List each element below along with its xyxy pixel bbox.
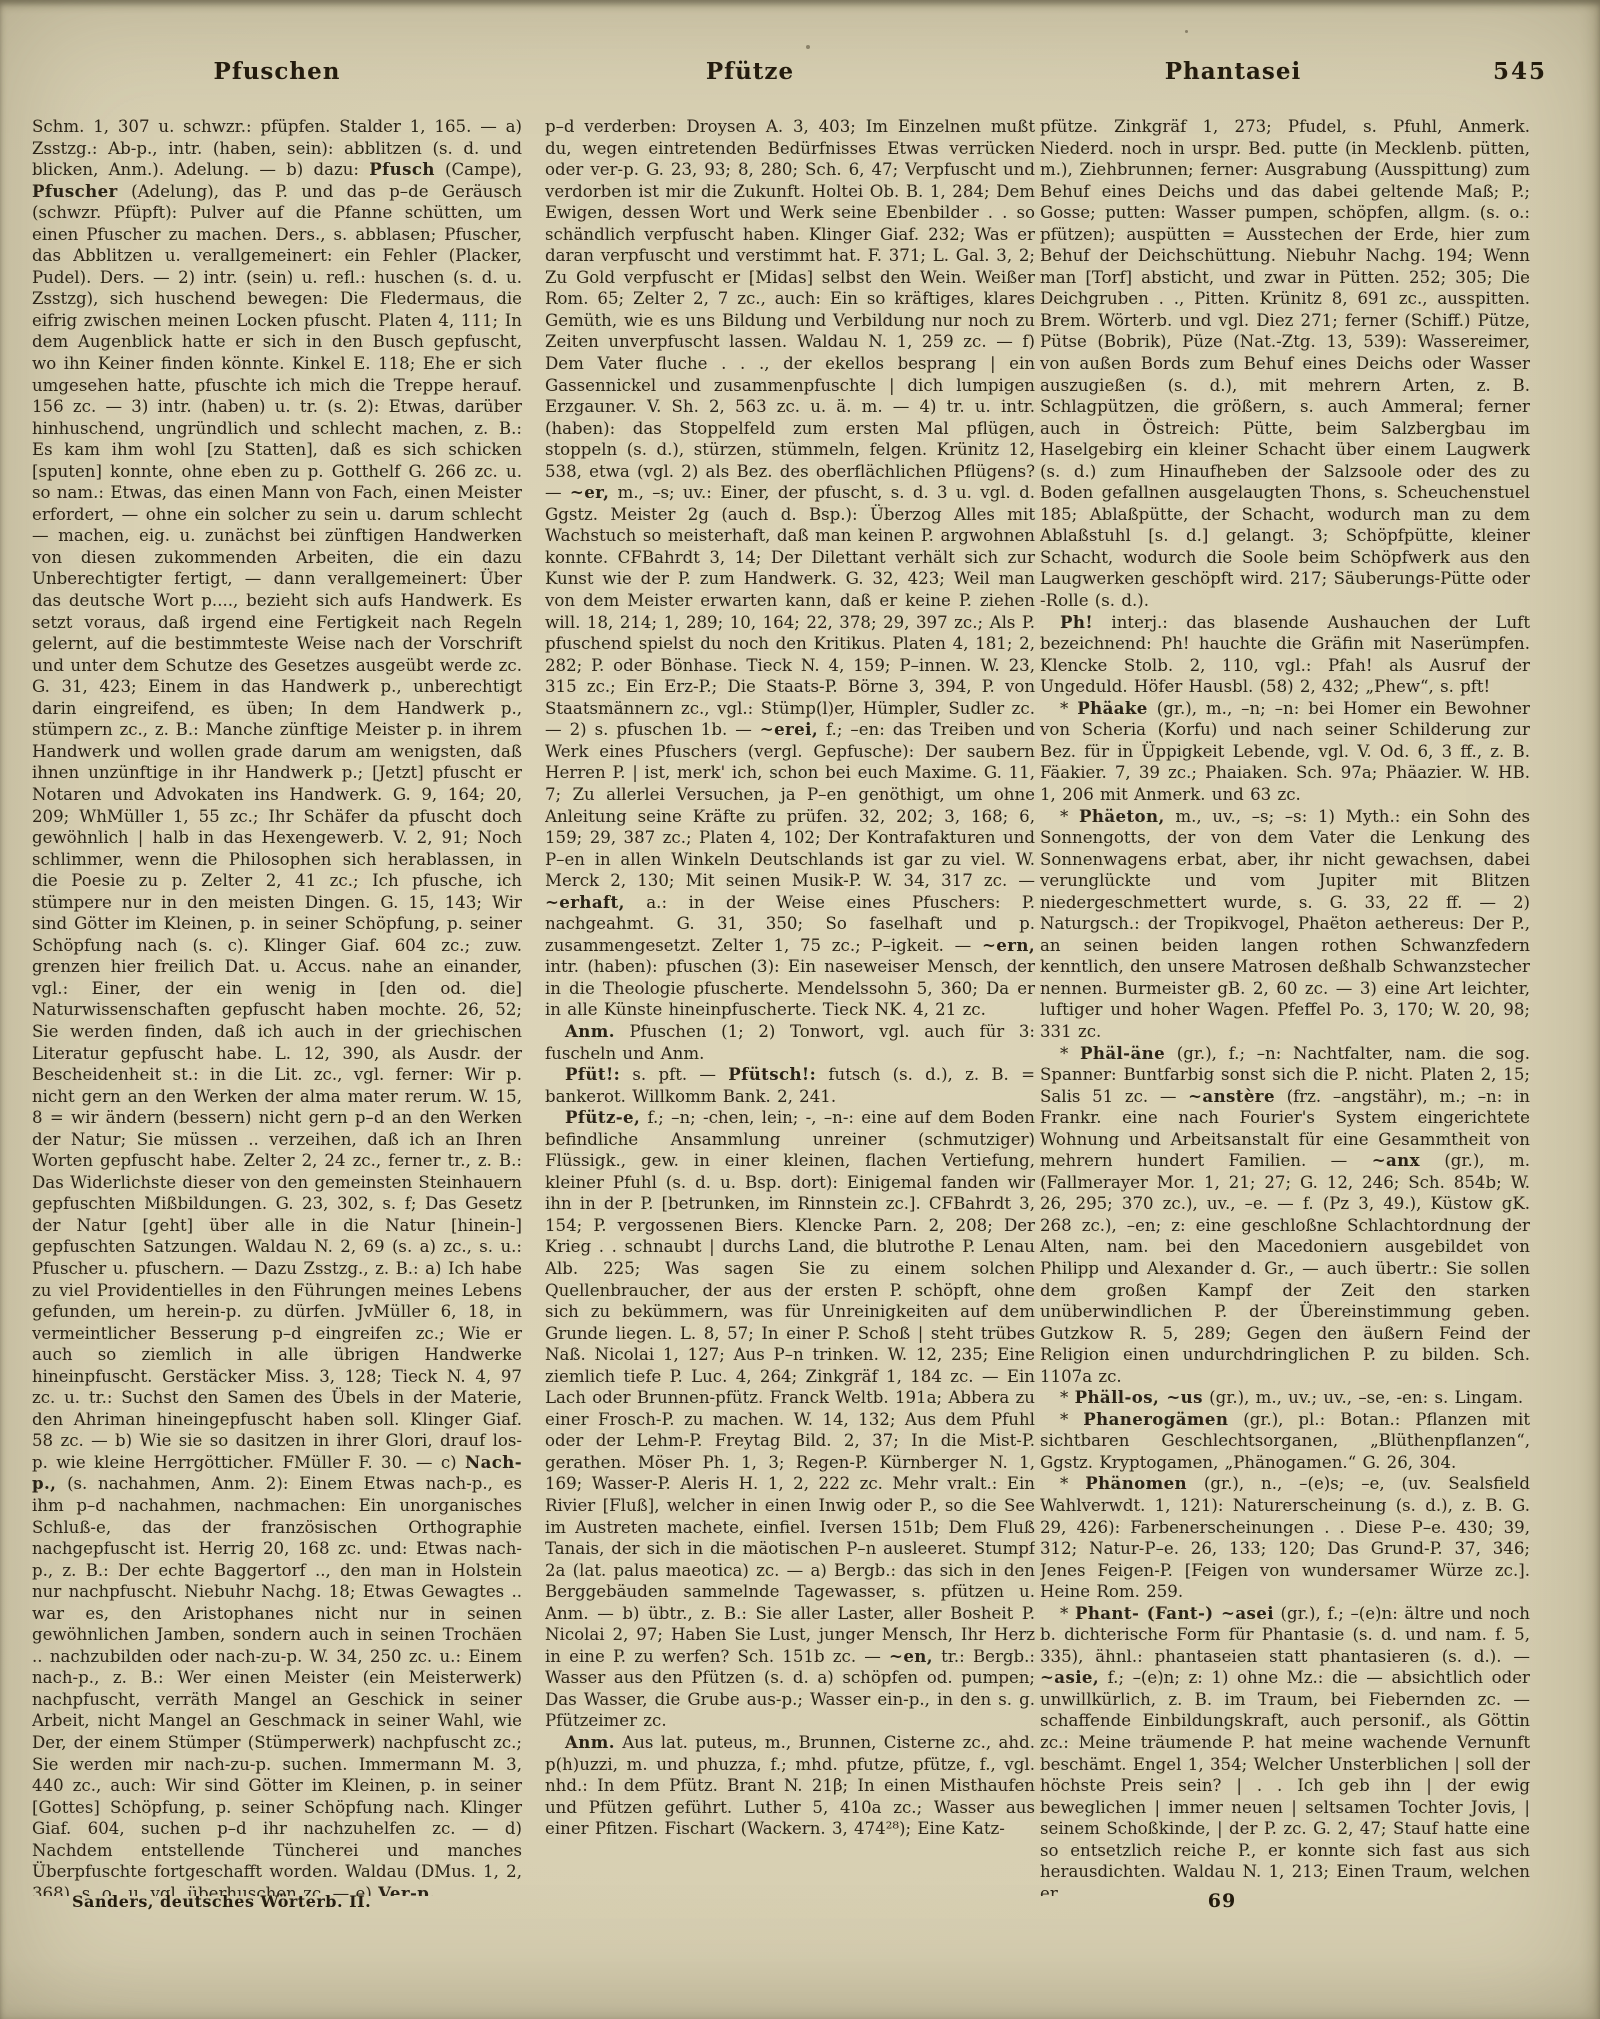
dictionary-paragraph: * Phanerogämen (gr.), pl.: Botan.: Pflan… [1040, 1409, 1530, 1474]
entry-headword: ~en, [889, 1646, 933, 1666]
entry-headword: Pfüt!: [565, 1064, 620, 1084]
entry-headword: Ph! [1060, 612, 1093, 632]
dictionary-paragraph: * Phäeton, m., uv., –s; –s: 1) Myth.: ei… [1040, 806, 1530, 1043]
dictionary-paragraph: * Phäake (gr.), m., –n; –n: bei Homer ei… [1040, 698, 1530, 806]
entry-headword: ~erhaft, [545, 892, 625, 912]
sheet-number: 69 [1208, 1890, 1236, 1912]
dictionary-paragraph: Pfütz-e, f.; –n; -chen, lein; -, –n-: ei… [545, 1107, 1035, 1732]
entry-headword: Ver-p., [378, 1883, 442, 1896]
entry-headword: Nach-p., [32, 1452, 522, 1494]
entry-headword: Anm. [565, 1021, 615, 1041]
running-head-right: Phantasei [1165, 58, 1302, 85]
entry-headword: Phäeton, [1079, 806, 1165, 826]
dictionary-paragraph: pfütze. Zinkgräf 1, 273; Pfudel, s. Pfuh… [1040, 116, 1530, 612]
dictionary-paragraph: Pfüt!: s. pft. — Pfütsch!: futsch (s. d.… [545, 1064, 1035, 1107]
entry-headword: ~ern, [982, 935, 1035, 955]
entry-headword: Phäake [1077, 698, 1148, 718]
dictionary-paragraph: Anm. Aus lat. puteus, m., Brunnen, Ciste… [545, 1732, 1035, 1840]
entry-headword: Phant- (Fant-) ~asei [1075, 1603, 1274, 1623]
entry-headword: Phanerogämen [1083, 1409, 1228, 1429]
dictionary-paragraph: Ph! interj.: das blasende Aushauchen der… [1040, 612, 1530, 698]
running-head-left: Pfuschen [214, 58, 341, 85]
text-column-left: Schm. 1, 307 u. schwzr.: pfüpfen. Stalde… [32, 116, 522, 1896]
dictionary-paragraph: Schm. 1, 307 u. schwzr.: pfüpfen. Stalde… [32, 116, 522, 1896]
dictionary-paragraph: * Phäll-os, ~us (gr.), m., uv.; uv., –se… [1040, 1387, 1530, 1409]
entry-headword: Phäll-os, ~us [1075, 1387, 1203, 1407]
entry-headword: ~erei, [760, 719, 818, 739]
entry-headword: Phänomen [1085, 1473, 1187, 1493]
entry-headword: Anm. [565, 1732, 615, 1752]
entry-headword: ~er, [570, 482, 609, 502]
running-head-center: Pfütze [706, 58, 794, 85]
entry-headword: ~asie, [1040, 1667, 1099, 1687]
entry-headword: Pfusch [369, 159, 435, 179]
page-number: 545 [1493, 58, 1547, 85]
dictionary-page-scan: Pfuschen Pfütze Phantasei 545 Schm. 1, 3… [0, 0, 1600, 2019]
dictionary-paragraph: p–d verderben: Droysen A. 3, 403; Im Ein… [545, 116, 1035, 1021]
dictionary-paragraph: * Phäl-äne (gr.), f.; –n: Nachtfalter, n… [1040, 1043, 1530, 1388]
paper-speck [1185, 30, 1188, 33]
entry-headword: ~anstère [1188, 1086, 1275, 1106]
entry-headword: Pfütz-e, [565, 1107, 640, 1127]
entry-headword: Phäl-äne [1080, 1043, 1165, 1063]
printer-signature: Sanders, deutsches Wörterb. II. [72, 1892, 371, 1911]
text-column-right: pfütze. Zinkgräf 1, 273; Pfudel, s. Pfuh… [1040, 116, 1530, 1896]
dictionary-paragraph: Anm. Pfuschen (1; 2) Tonwort, vgl. auch … [545, 1021, 1035, 1064]
text-column-middle: p–d verderben: Droysen A. 3, 403; Im Ein… [545, 116, 1035, 1896]
entry-headword: Pfuscher [32, 181, 118, 201]
entry-headword: Pfütsch!: [728, 1064, 816, 1084]
entry-headword: ~anx [1372, 1150, 1420, 1170]
dictionary-paragraph: * Phant- (Fant-) ~asei (gr.), f.; –(e)n:… [1040, 1603, 1530, 1896]
paper-speck [806, 45, 810, 49]
dictionary-paragraph: * Phänomen (gr.), n., –(e)s; –e, (uv. Se… [1040, 1473, 1530, 1602]
